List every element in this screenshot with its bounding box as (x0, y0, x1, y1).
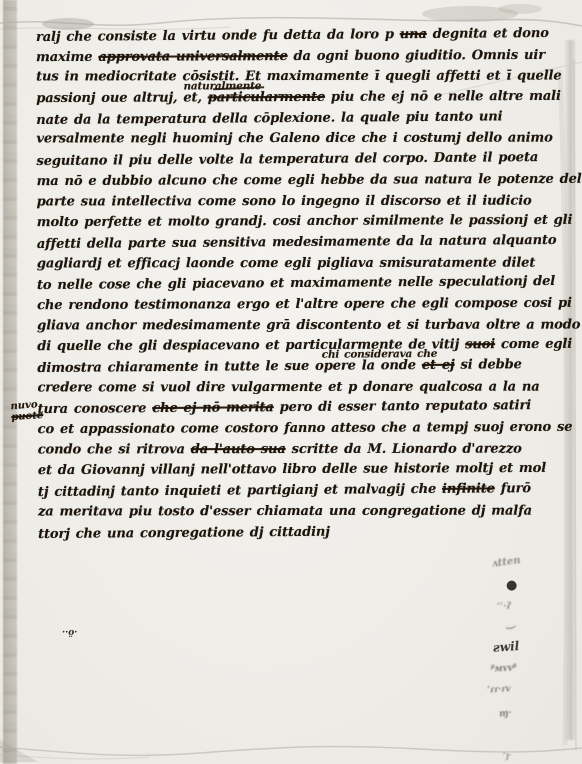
manuscript-line: maxime approvata universalmente da ogni … (36, 46, 544, 69)
ink-bleedthrough-mark: ʼɾɾ·ɾv (487, 684, 511, 696)
manuscript-line: za meritava piu tosto d'esser chiamata u… (38, 501, 546, 523)
manuscript-line: molto perfette et molto grandj. cosi anc… (37, 211, 545, 234)
manuscript-line: tj cittadinj tanto inquieti et partigian… (38, 479, 546, 504)
manuscript-text-segment: scritte da M. Lionardo d'arezzo (286, 441, 522, 456)
manuscript-text-segment: co et appassionato come costoro fanno at… (38, 420, 573, 437)
manuscript-text-segment: gliava anchor medesimamente grā disconte… (37, 317, 580, 333)
manuscript-text-segment: tus in mediocritate cōsistit. Et maximam… (36, 69, 561, 85)
manuscript-line: che rendono testimonanza ergo et l'altre… (37, 294, 545, 317)
manuscript-line: passionj oue altruj, et, particularmente… (36, 87, 544, 110)
struck-text-segment: una (400, 27, 427, 42)
ink-bleedthrough-mark: ● (506, 578, 517, 593)
text-block: ralj che consiste la virtu onde fu detta… (36, 25, 546, 544)
manuscript-text-segment: molto perfette et molto grandj. cosi anc… (37, 213, 573, 230)
manuscript-text-segment: si debbe (455, 357, 522, 373)
manuscript-page-scan: ralj che consiste la virtu onde fu detta… (0, 0, 582, 764)
manuscript-text-segment: da ogni buono giuditio. Omnis uir (288, 48, 545, 64)
struck-text-segment: infinite (442, 482, 495, 497)
manuscript-text-segment: et da Giovannj villanj nell'ottavo libro… (38, 461, 546, 478)
manuscript-text-segment: furō (495, 481, 531, 496)
manuscript-line: ma nō e dubbio alcuno che come egli hebb… (37, 170, 545, 193)
margin-note: nuvo puote (10, 400, 45, 423)
ink-bleedthrough-mark: ‿ (505, 615, 516, 629)
ink-bleedthrough-mark: ’’·ʔ (497, 601, 512, 612)
page-right-edge (564, 40, 576, 740)
manuscript-text-segment: dimostra chiaramente in tutte le sue ope… (37, 358, 422, 376)
manuscript-line: co et appassionato come costoro fanno at… (38, 418, 546, 441)
ink-bleedthrough-mark: ɱ· (499, 708, 513, 719)
manuscript-text-segment: passionj oue altruj, et, (36, 90, 208, 106)
interlinear-insertion: chi considerava che (322, 349, 438, 360)
ink-bleedthrough-mark: ƨwil (493, 639, 520, 655)
page-binding-edge (3, 0, 17, 764)
struck-text-segment: da l'auto sua (191, 442, 286, 457)
manuscript-text-segment: ttorj che una congregatione dj cittadinj (38, 524, 330, 541)
manuscript-line: credere come si vuol dire vulgarmente et… (37, 377, 545, 399)
struck-text-segment: che ej nō merita (152, 401, 274, 417)
manuscript-text-segment: che rendono testimonanza ergo et l'altre… (37, 296, 572, 313)
manuscript-line: dimostra chiaramente in tutte le sue ope… (37, 355, 545, 380)
manuscript-text-segment: credere come si vuol dire vulgarmente et… (37, 379, 539, 395)
manuscript-line: affetti della parte sua sensitiva medesi… (37, 231, 545, 256)
manuscript-text-segment: affetti della parte sua sensitiva medesi… (37, 233, 557, 252)
manuscript-line: versalmente negli huominj che Galeno dic… (36, 129, 544, 151)
manuscript-line: tus in mediocritate cōsistit. Et maximam… (36, 67, 544, 89)
manuscript-line: condo che si ritrova da l'auto sua scrit… (38, 439, 546, 461)
manuscript-text-segment: ma nō e dubbio alcuno che come egli hebb… (37, 171, 582, 188)
struck-text-segment: suoi (465, 337, 495, 352)
manuscript-text-segment: seguitano il piu delle volte la temperat… (36, 150, 538, 169)
manuscript-text-segment: tj cittadinj tanto inquieti et partigian… (38, 482, 442, 500)
ink-bleedthrough-mark: ··o̤· (62, 628, 77, 638)
manuscript-text-segment: parte sua intellectiva come sono lo inge… (37, 193, 532, 209)
manuscript-text-segment: gagliardj et efficacj laonde come egli p… (37, 255, 535, 271)
manuscript-text-segment: ralj che consiste la virtu onde fu detta… (36, 27, 400, 45)
manuscript-text-segment: nate da la temperatura della cōplexione.… (36, 109, 502, 128)
ink-bleedthrough-mark: ʌtten (491, 555, 521, 570)
interlinear-insertion: naturalmente (183, 81, 261, 91)
manuscript-text-segment: versalmente negli huominj che Galeno dic… (36, 131, 552, 147)
manuscript-text-segment: come egli (495, 337, 572, 352)
manuscript-text-segment: condo che si ritrova (38, 442, 191, 457)
struck-text-segment: approvata universalmente (98, 49, 287, 65)
manuscript-text-segment: maxime (36, 50, 98, 65)
struck-text-segment: et ej (422, 358, 455, 373)
ink-bleedthrough-mark: ʻȷ· (503, 750, 512, 761)
manuscript-line: parte sua intellectiva come sono lo inge… (37, 191, 545, 213)
manuscript-text-segment: tura conoscere (37, 401, 152, 417)
ink-bleedthrough-mark: ᵝᴍᴠᴠᵝ (491, 663, 517, 674)
manuscript-text-segment: degnita et dono (427, 26, 549, 42)
manuscript-text-segment: to nelle cose che gli piacevano et maxim… (37, 274, 555, 293)
manuscript-line: ttorj che una congregatione dj cittadinj (38, 521, 546, 546)
manuscript-text-segment: pero di esser tanto reputato satiri (274, 398, 531, 415)
manuscript-text-segment: za meritava piu tosto d'esser chiamata u… (38, 503, 532, 519)
manuscript-line: gliava anchor medesimamente grā disconte… (37, 315, 545, 337)
manuscript-text-segment: piu che ej nō e nelle altre mali (325, 89, 561, 105)
manuscript-line: gagliardj et efficacj laonde come egli p… (37, 253, 545, 275)
